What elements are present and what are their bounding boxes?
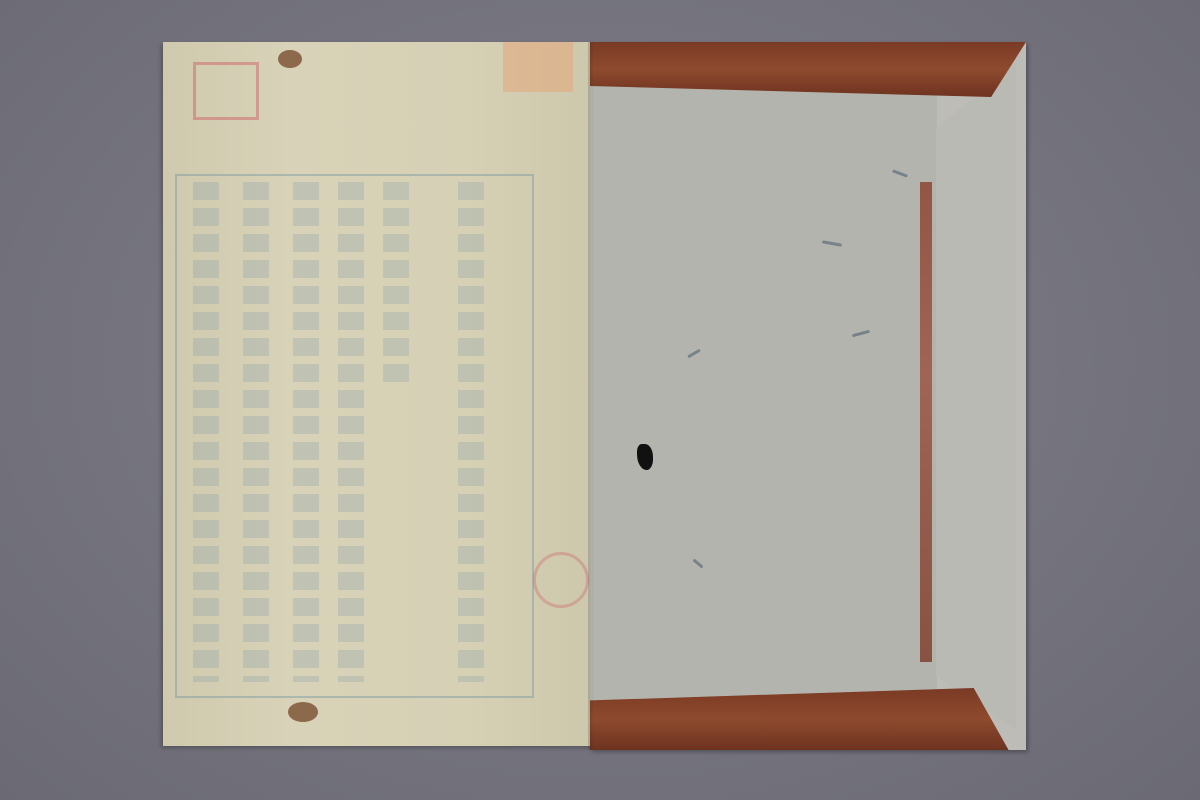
paper-fiber: [687, 349, 701, 359]
paper-fiber: [692, 558, 703, 568]
text-column: [458, 182, 484, 682]
side-band: [920, 182, 932, 662]
text-column: [338, 182, 364, 682]
stain: [278, 50, 302, 68]
paper-fiber: [852, 330, 870, 338]
inner-cover-paper: [592, 82, 937, 702]
orange-seal-stamp: [503, 42, 573, 92]
left-page: [163, 42, 593, 746]
spine: [588, 42, 594, 750]
paper-fiber: [892, 169, 908, 177]
stain: [288, 702, 318, 722]
text-column: [193, 182, 219, 682]
square-seal-stamp: [193, 62, 259, 120]
round-seal-stamp: [533, 552, 589, 608]
right-page: [590, 42, 1026, 750]
ink-blot: [637, 444, 653, 470]
folded-flap: [936, 62, 1016, 730]
paper-fiber: [822, 240, 842, 246]
text-column: [243, 182, 269, 682]
text-column: [383, 182, 409, 382]
text-column: [293, 182, 319, 682]
